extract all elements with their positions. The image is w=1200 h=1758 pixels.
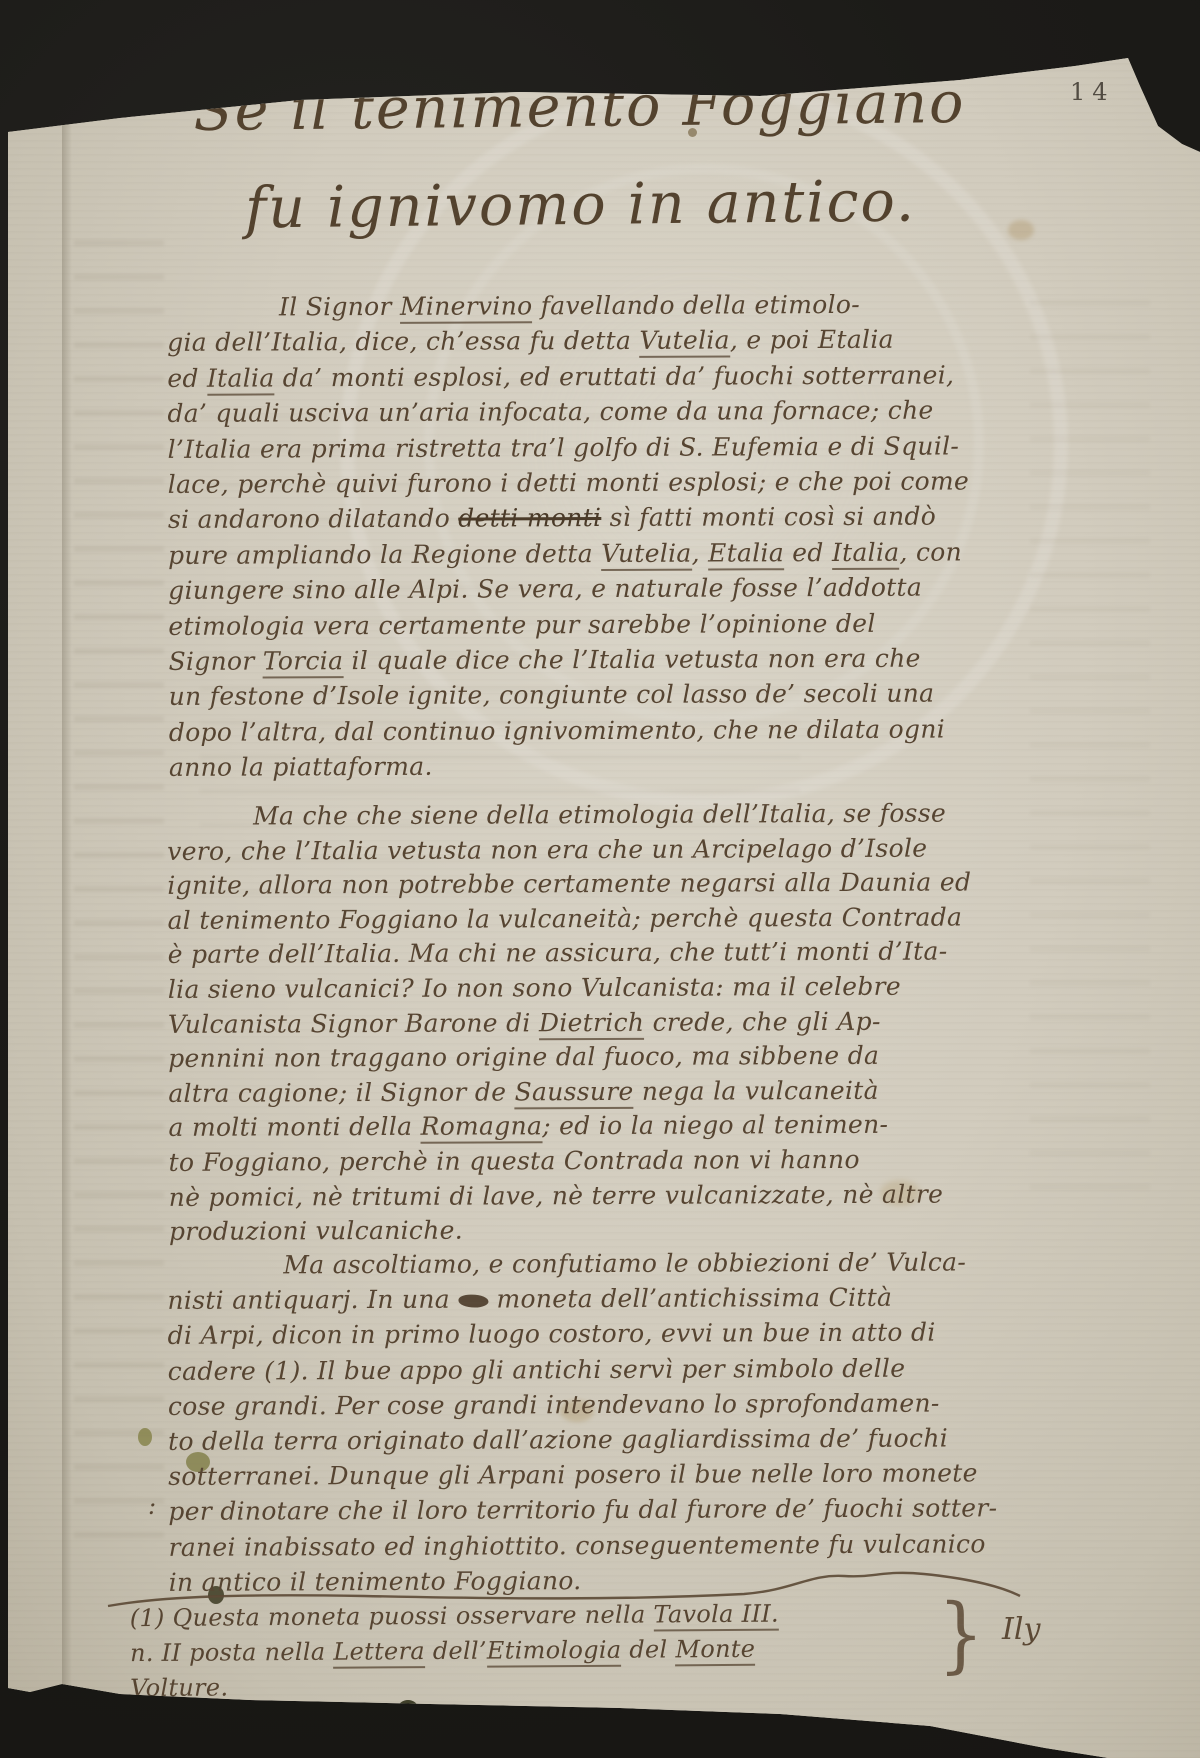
underlined-text: Italia: [832, 538, 900, 570]
manuscript-line: Volture.: [130, 1665, 1030, 1706]
text-segment: pure ampliando la Regione detta: [168, 539, 601, 570]
manuscript-line: lia sieno vulcanici? Io non sono Vulcani…: [168, 969, 1038, 1007]
manuscript-line: gia dell’Italia, dice, ch’essa fu detta …: [167, 322, 1037, 361]
text-segment: Signor: [168, 647, 262, 676]
underlined-text: Vutelia: [639, 326, 730, 358]
underlined-text: Italia: [207, 363, 275, 395]
manuscript-line: un festone d’Isole ignite, congiunte col…: [169, 676, 1039, 715]
manuscript-line: pennini non traggano origine dal fuoco, …: [168, 1038, 1038, 1076]
manuscript-line: dopo l’altra, dal continuo ignivomimento…: [169, 711, 1039, 750]
margin-mark: :: [148, 1492, 156, 1520]
text-segment: ; ed io la niego al tenimen-: [542, 1110, 888, 1141]
manuscript-line: nè pomici, nè tritumi di lave, nè terre …: [169, 1177, 1039, 1215]
text-segment: sì fatti monti così si andò: [601, 502, 936, 532]
text-segment: n. II posta nella: [130, 1638, 334, 1667]
text-segment: al tenimento Foggiano la vulcaneità; per…: [167, 902, 962, 934]
manuscript-line: Ma ascoltiamo, e confutiamo le obbiezion…: [167, 1244, 1037, 1283]
text-segment: gia dell’Italia, dice, ch’essa fu detta: [167, 326, 639, 357]
text-segment: , e poi Etalia: [730, 325, 894, 355]
text-segment: pennini non traggano origine dal fuoco, …: [168, 1041, 879, 1073]
manuscript-page: 14 Se il tenimento Foggiano fu ignivomo …: [0, 0, 1200, 1758]
manuscript-line: è parte dell’Italia. Ma chi ne assicura,…: [168, 934, 1038, 972]
underlined-text: Etimologia: [487, 1636, 622, 1668]
underlined-text: Torcia: [263, 646, 344, 678]
catchword: Ily: [1002, 1612, 1040, 1647]
manuscript-line: Ma che che siene della etimologia dell’I…: [167, 796, 1037, 834]
underlined-text: Romagna: [420, 1112, 542, 1145]
manuscript-line: pure ampliando la Regione detta Vutelia,…: [168, 534, 1038, 573]
manuscript-line: Signor Torcia il quale dice che l’Italia…: [168, 640, 1038, 679]
text-segment: lia sieno vulcanici? Io non sono Vulcani…: [168, 972, 901, 1004]
text-segment: etimologia vera certamente pur sarebbe l…: [168, 608, 875, 640]
strikethrough-text: detti monti: [458, 503, 601, 533]
manuscript-line: nisti antiquarj. In una moneta dell’anti…: [167, 1279, 1037, 1318]
manuscript-line: di Arpi, dicon in primo luogo costoro, e…: [168, 1315, 1038, 1354]
manuscript-line: cose grandi. Per cose grandi intendevano…: [168, 1385, 1038, 1424]
text-segment: ranei inabissato ed inghiottito. consegu…: [168, 1529, 985, 1562]
text-segment: l’Italia era prima ristretta tra’l golfo…: [168, 431, 960, 463]
text-segment: cose grandi. Per cose grandi intendevano…: [168, 1388, 940, 1420]
underlined-text: Lettera: [333, 1637, 425, 1669]
text-segment: nega la vulcaneità: [634, 1076, 879, 1106]
text-segment: ed: [167, 364, 207, 393]
text-segment: del: [621, 1635, 675, 1663]
paragraph-2: Ma che che siene della etimologia dell’I…: [167, 796, 1039, 1250]
text-segment: il quale dice che l’Italia vetusta non e…: [343, 644, 921, 676]
underlined-text: Minervino: [400, 291, 533, 324]
text-segment: ed: [784, 538, 832, 567]
text-segment: da’ monti esplosi, ed eruttati da’ fuoch…: [274, 360, 954, 392]
text-segment: è parte dell’Italia. Ma chi ne assicura,…: [168, 937, 948, 969]
text-segment: (1) Questa moneta puossi osservare nella: [130, 1600, 654, 1632]
text-segment: dell’: [425, 1637, 487, 1665]
manuscript-line: lace, perchè quivi furono i detti monti …: [168, 463, 1038, 502]
underlined-text: Etalia: [708, 538, 784, 570]
text-segment: si andarono dilatando: [168, 504, 458, 534]
page-title: Se il tenimento Foggiano fu ignivomo in …: [139, 53, 1021, 258]
paragraph-1: Il Signor Minervino favellando della eti…: [167, 286, 1039, 785]
manuscript-line: ignite, allora non potrebbe certamente n…: [167, 865, 1037, 903]
footnote-brace: }: [938, 1586, 984, 1683]
text-segment: ,: [692, 538, 709, 567]
text-segment: Ma che che siene della etimologia dell’I…: [253, 799, 946, 831]
underlined-text: Volture: [130, 1674, 220, 1706]
manuscript-line: ed Italia da’ monti esplosi, ed eruttati…: [167, 357, 1037, 396]
manuscript-line: Il Signor Minervino favellando della eti…: [167, 286, 1037, 325]
title-line-1: Se il tenimento Foggiano: [139, 53, 1020, 160]
text-segment: nè pomici, nè tritumi di lave, nè terre …: [169, 1179, 944, 1211]
text-segment: vero, che l’Italia vetusta non era che u…: [167, 833, 927, 865]
text-segment: dopo l’altra, dal continuo ignivomimento…: [169, 714, 945, 746]
manuscript-line: anno la piattaforma.: [169, 746, 1039, 785]
underlined-text: Saussure: [514, 1077, 633, 1110]
text-segment: lace, perchè quivi furono i detti monti …: [168, 466, 969, 498]
manuscript-line: per dinotare che il loro territorio fu d…: [168, 1491, 1038, 1530]
text-segment: , con: [899, 537, 962, 566]
text-segment: cadere (1). Il bue appo gli antichi serv…: [168, 1353, 906, 1385]
manuscript-line: da’ quali usciva un’aria infocata, come …: [167, 392, 1037, 431]
text-segment: anno la piattaforma.: [169, 752, 433, 782]
text-segment: moneta dell’antichissima Città: [488, 1283, 892, 1314]
photograph-background: 14 Se il tenimento Foggiano fu ignivomo …: [0, 0, 1200, 1758]
manuscript-line: to Foggiano, perchè in questa Contrada n…: [169, 1142, 1039, 1180]
manuscript-line: etimologia vera certamente pur sarebbe l…: [168, 605, 1038, 644]
manuscript-line: al tenimento Foggiano la vulcaneità; per…: [167, 900, 1037, 938]
text-segment: giungere sino alle Alpi. Se vera, e natu…: [168, 573, 922, 605]
text-segment: di Arpi, dicon in primo luogo costoro, e…: [168, 1318, 936, 1350]
text-segment: ignite, allora non potrebbe certamente n…: [167, 868, 971, 901]
text-segment: to della terra originato dall’azione gag…: [168, 1424, 948, 1456]
manuscript-line: to della terra originato dall’azione gag…: [168, 1420, 1038, 1459]
manuscript-line: l’Italia era prima ristretta tra’l golfo…: [168, 428, 1038, 467]
text-segment: sotterranei. Dunque gli Arpani posero il…: [168, 1459, 978, 1492]
text-segment: nisti antiquarj. In una: [167, 1285, 458, 1315]
text-segment: Ma ascoltiamo, e confutiamo le obbiezion…: [283, 1247, 966, 1279]
manuscript-line: vero, che l’Italia vetusta non era che u…: [167, 831, 1037, 869]
text-segment: da’ quali usciva un’aria infocata, come …: [167, 396, 933, 428]
manuscript-line: a molti monti della Romagna; ed io la ni…: [168, 1107, 1038, 1145]
manuscript-line: Vulcanista Signor Barone di Dietrich cre…: [168, 1004, 1038, 1042]
title-line-2: fu ignivomo in antico.: [140, 151, 1021, 258]
underlined-text: Vutelia: [601, 538, 692, 570]
binding-fold-shadow: [62, 96, 72, 1696]
manuscript-line: altra cagione; il Signor de Saussure neg…: [168, 1073, 1038, 1111]
text-segment: un festone d’Isole ignite, congiunte col…: [169, 679, 935, 711]
text-segment: a molti monti della: [168, 1112, 420, 1142]
manuscript-line: sotterranei. Dunque gli Arpani posero il…: [168, 1455, 1038, 1494]
ink-bleedthrough: [74, 240, 164, 1540]
underlined-text: Tavola III.: [653, 1600, 779, 1632]
text-segment: altra cagione; il Signor de: [168, 1077, 514, 1108]
manuscript-line: giungere sino alle Alpi. Se vera, e natu…: [168, 569, 1038, 608]
footnote: (1) Questa moneta puossi osservare nella…: [130, 1595, 1031, 1706]
text-segment: Il Signor: [279, 292, 400, 322]
manuscript-line: si andarono dilatando detti monti sì fat…: [168, 499, 1038, 538]
ink-stain: [138, 1428, 152, 1446]
text-segment: to Foggiano, perchè in questa Contrada n…: [169, 1145, 860, 1177]
page-number: 14: [1070, 78, 1115, 106]
text-segment: per dinotare che il loro territorio fu d…: [168, 1494, 997, 1527]
text-segment: favellando della etimolo-: [532, 290, 860, 320]
page-edge-strip: [0, 100, 64, 1720]
manuscript-line: ranei inabissato ed inghiottito. consegu…: [168, 1526, 1038, 1565]
underlined-text: Dietrich: [539, 1007, 644, 1039]
ink-blot-correction: [458, 1295, 488, 1308]
paragraph-3: Ma ascoltiamo, e confutiamo le obbiezion…: [167, 1244, 1039, 1600]
underlined-text: Monte: [675, 1635, 755, 1667]
text-segment: produzioni vulcaniche.: [169, 1216, 463, 1246]
text-segment: .: [220, 1673, 228, 1701]
manuscript-line: cadere (1). Il bue appo gli antichi serv…: [168, 1350, 1038, 1389]
text-segment: Vulcanista Signor Barone di: [168, 1008, 539, 1039]
text-segment: crede, che gli Ap-: [644, 1006, 881, 1036]
